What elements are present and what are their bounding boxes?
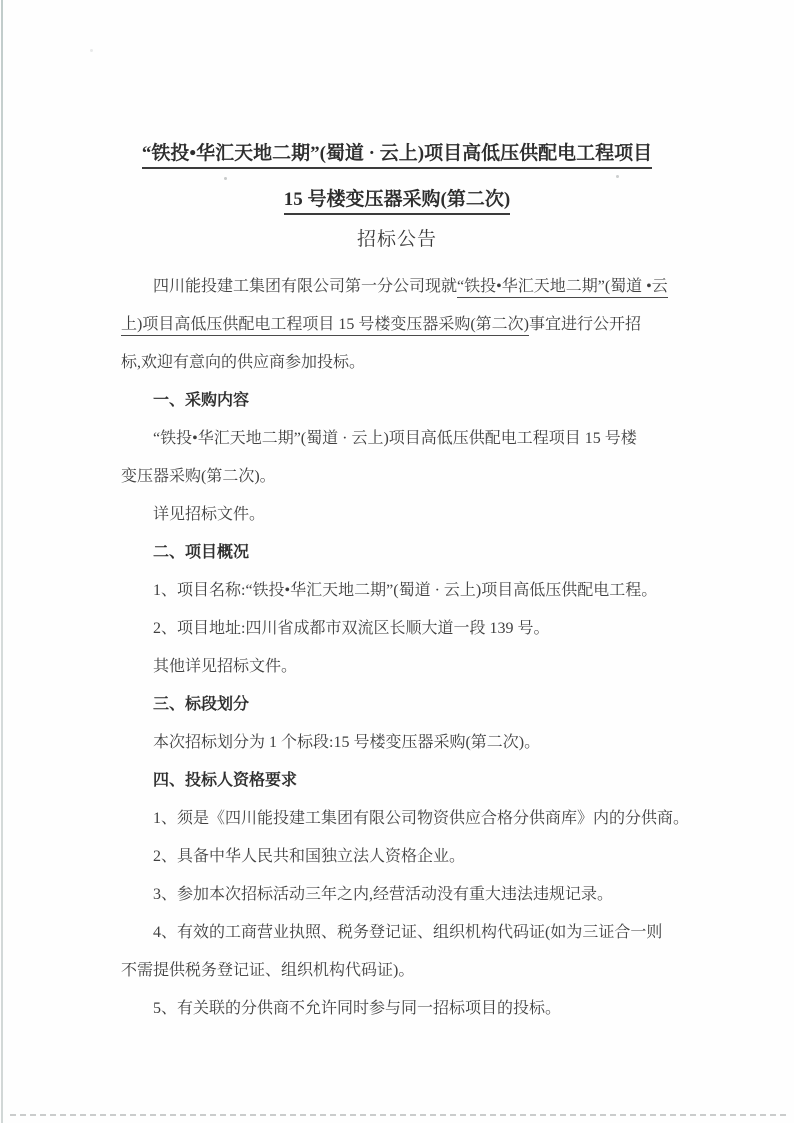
section-4-line-4: 4、有效的工商营业执照、税务登记证、组织机构代码证(如为三证合一则 bbox=[121, 922, 753, 944]
section-1-line-2: 变压器采购(第二次)。 bbox=[121, 466, 721, 488]
section-2-line-3: 其他详见招标文件。 bbox=[121, 656, 753, 678]
section-4-line-2: 2、具备中华人民共和国独立法人资格企业。 bbox=[121, 846, 753, 868]
scan-bottom-edge-artifact bbox=[10, 1114, 786, 1116]
section-3-heading: 三、标段划分 bbox=[121, 694, 753, 716]
doc-title-line-2-text: 15 号楼变压器采购(第二次) bbox=[284, 189, 510, 215]
scan-left-edge-artifact bbox=[1, 0, 3, 1123]
section-4-line-3: 3、参加本次招标活动三年之内,经营活动没有重大违法违规记录。 bbox=[121, 884, 753, 906]
section-2-line-2: 2、项目地址:四川省成都市双流区长顺大道一段 139 号。 bbox=[121, 618, 753, 640]
document-page: “铁投•华汇天地二期”(蜀道 · 云上)项目高低压供配电工程项目 15 号楼变压… bbox=[0, 0, 794, 1123]
section-4-heading: 四、投标人资格要求 bbox=[121, 770, 753, 792]
doc-title-line-1: “铁投•华汇天地二期”(蜀道 · 云上)项目高低压供配电工程项目 bbox=[0, 142, 794, 166]
intro-line-1: 四川能投建工集团有限公司第一分公司现就“铁投•华汇天地二期”(蜀道 •云 bbox=[121, 276, 753, 298]
doc-title-line-1-text: “铁投•华汇天地二期”(蜀道 · 云上)项目高低压供配电工程项目 bbox=[142, 143, 652, 169]
intro-line-2: 上)项目高低压供配电工程项目 15 号楼变压器采购(第二次)事宜进行公开招 bbox=[121, 314, 721, 336]
scan-speck bbox=[224, 177, 227, 180]
scan-speck bbox=[616, 175, 619, 178]
section-2-line-1: 1、项目名称:“铁投•华汇天地二期”(蜀道 · 云上)项目高低压供配电工程。 bbox=[121, 580, 753, 602]
intro-line-1-underlined: “铁投•华汇天地二期”(蜀道 •云 bbox=[457, 278, 668, 298]
section-1-heading: 一、采购内容 bbox=[121, 390, 753, 412]
section-2-heading: 二、项目概况 bbox=[121, 542, 753, 564]
section-4-line-5: 不需提供税务登记证、组织机构代码证)。 bbox=[121, 960, 721, 982]
intro-line-3: 标,欢迎有意向的供应商参加投标。 bbox=[121, 352, 721, 374]
intro-line-1-plain: 四川能投建工集团有限公司第一分公司现就 bbox=[153, 278, 457, 295]
intro-line-2-underlined: 上)项目高低压供配电工程项目 15 号楼变压器采购(第二次) bbox=[121, 316, 529, 336]
scan-speck bbox=[90, 49, 93, 52]
section-1-line-3: 详见招标文件。 bbox=[121, 504, 753, 526]
section-1-line-1: “铁投•华汇天地二期”(蜀道 · 云上)项目高低压供配电工程项目 15 号楼 bbox=[121, 428, 753, 450]
section-4-line-1: 1、须是《四川能投建工集团有限公司物资供应合格分供商库》内的分供商。 bbox=[121, 808, 753, 830]
doc-type-heading: 招标公告 bbox=[0, 228, 794, 252]
intro-line-2-plain: 事宜进行公开招 bbox=[529, 316, 641, 333]
doc-title-line-2: 15 号楼变压器采购(第二次) bbox=[0, 188, 794, 212]
section-3-line-1: 本次招标划分为 1 个标段:15 号楼变压器采购(第二次)。 bbox=[121, 732, 753, 754]
section-4-line-6: 5、有关联的分供商不允许同时参与同一招标项目的投标。 bbox=[121, 998, 753, 1020]
